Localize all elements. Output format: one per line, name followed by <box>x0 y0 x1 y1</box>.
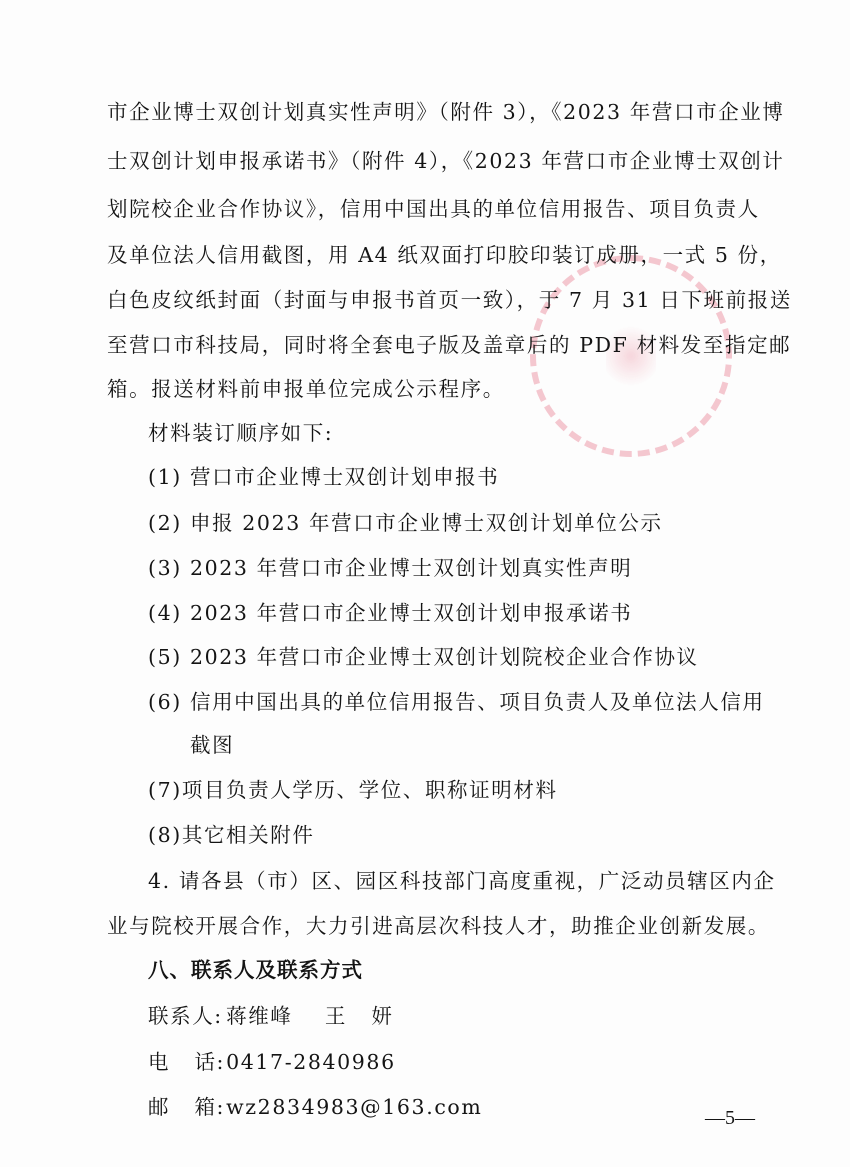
item-text: 项目负责人学历、学位、职称证明材料 <box>182 778 558 802</box>
binding-item: (2) 申报 2023 年营口市企业博士双创计划单位公示 <box>148 508 798 538</box>
item-number: (2) <box>148 511 182 535</box>
item-number: (8) <box>148 823 182 847</box>
contact-phone-row: 电 话: 0417-2840986 <box>148 1047 798 1077</box>
paragraph-line: 及单位法人信用截图，用 A4 纸双面打印胶印装订成册，一式 5 份， <box>107 240 757 270</box>
section-heading: 八、联系人及联系方式 <box>148 955 798 985</box>
item-number: (5) <box>148 645 182 669</box>
contact-phone-label: 电 话: <box>148 1047 218 1077</box>
item-number: (6) <box>148 690 182 714</box>
page-number: —5— <box>705 1107 755 1130</box>
binding-item-continuation: 截图 <box>190 730 840 760</box>
contact-phone-value: 0417-2840986 <box>226 1050 396 1074</box>
binding-item: (7)项目负责人学历、学位、职称证明材料 <box>148 775 798 805</box>
paragraph-line: 士双创计划申报承诺书》（附件 4），《2023 年营口市企业博士双创计 <box>107 146 757 176</box>
item-text: 其它相关附件 <box>182 823 315 847</box>
item-text: 营口市企业博士双创计划申报书 <box>190 465 499 489</box>
binding-item: (1) 营口市企业博士双创计划申报书 <box>148 462 798 492</box>
paragraph-line: 市企业博士双创计划真实性声明》（附件 3），《2023 年营口市企业博 <box>107 97 757 127</box>
contact-email-row: 邮 箱: wz2834983@163.com <box>148 1092 798 1122</box>
item-text: 信用中国出具的单位信用报告、项目负责人及单位法人信用 <box>190 690 765 714</box>
item-number: (3) <box>148 556 182 580</box>
item-text: 2023 年营口市企业博士双创计划院校企业合作协议 <box>190 645 699 669</box>
binding-item: (6) 信用中国出具的单位信用报告、项目负责人及单位法人信用 <box>148 687 798 717</box>
binding-item: (5) 2023 年营口市企业博士双创计划院校企业合作协议 <box>148 642 798 672</box>
document-page: 市企业博士双创计划真实性声明》（附件 3），《2023 年营口市企业博 士双创计… <box>0 0 850 1167</box>
binding-item: (3) 2023 年营口市企业博士双创计划真实性声明 <box>148 553 798 583</box>
paragraph-line: 白色皮纹纸封面（封面与申报书首页一致），于 7 月 31 日下班前报送 <box>107 285 757 315</box>
contact-email-value: wz2834983@163.com <box>226 1095 482 1119</box>
paragraph-line: 箱。报送材料前申报单位完成公示程序。 <box>107 374 757 404</box>
item-text: 申报 2023 年营口市企业博士双创计划单位公示 <box>190 511 663 535</box>
contact-email-label: 邮 箱: <box>148 1092 218 1122</box>
paragraph-line: 划院校企业合作协议》，信用中国出具的单位信用报告、项目负责人 <box>107 194 757 224</box>
contact-person-row: 联系人: 蒋维峰 王 妍 <box>148 1001 798 1031</box>
point4-line: 4. 请各县（市）区、园区科技部门高度重视，广泛动员辖区内企 <box>148 866 798 896</box>
paragraph-line: 至营口市科技局，同时将全套电子版及盖章后的 PDF 材料发至指定邮 <box>107 330 757 360</box>
item-number: (4) <box>148 601 182 625</box>
binding-item: (8)其它相关附件 <box>148 820 798 850</box>
binding-item: (4) 2023 年营口市企业博士双创计划申报承诺书 <box>148 598 798 628</box>
point4-line: 业与院校开展合作，大力引进高层次科技人才，助推企业创新发展。 <box>107 911 757 941</box>
item-number: (1) <box>148 465 182 489</box>
contact-person-label: 联系人: <box>148 1001 218 1031</box>
item-text: 2023 年营口市企业博士双创计划真实性声明 <box>190 556 632 580</box>
contact-person-value: 蒋维峰 王 妍 <box>226 1004 393 1028</box>
item-text: 2023 年营口市企业博士双创计划申报承诺书 <box>190 601 632 625</box>
item-number: (7) <box>148 778 182 802</box>
binding-order-intro: 材料装订顺序如下: <box>148 418 798 448</box>
